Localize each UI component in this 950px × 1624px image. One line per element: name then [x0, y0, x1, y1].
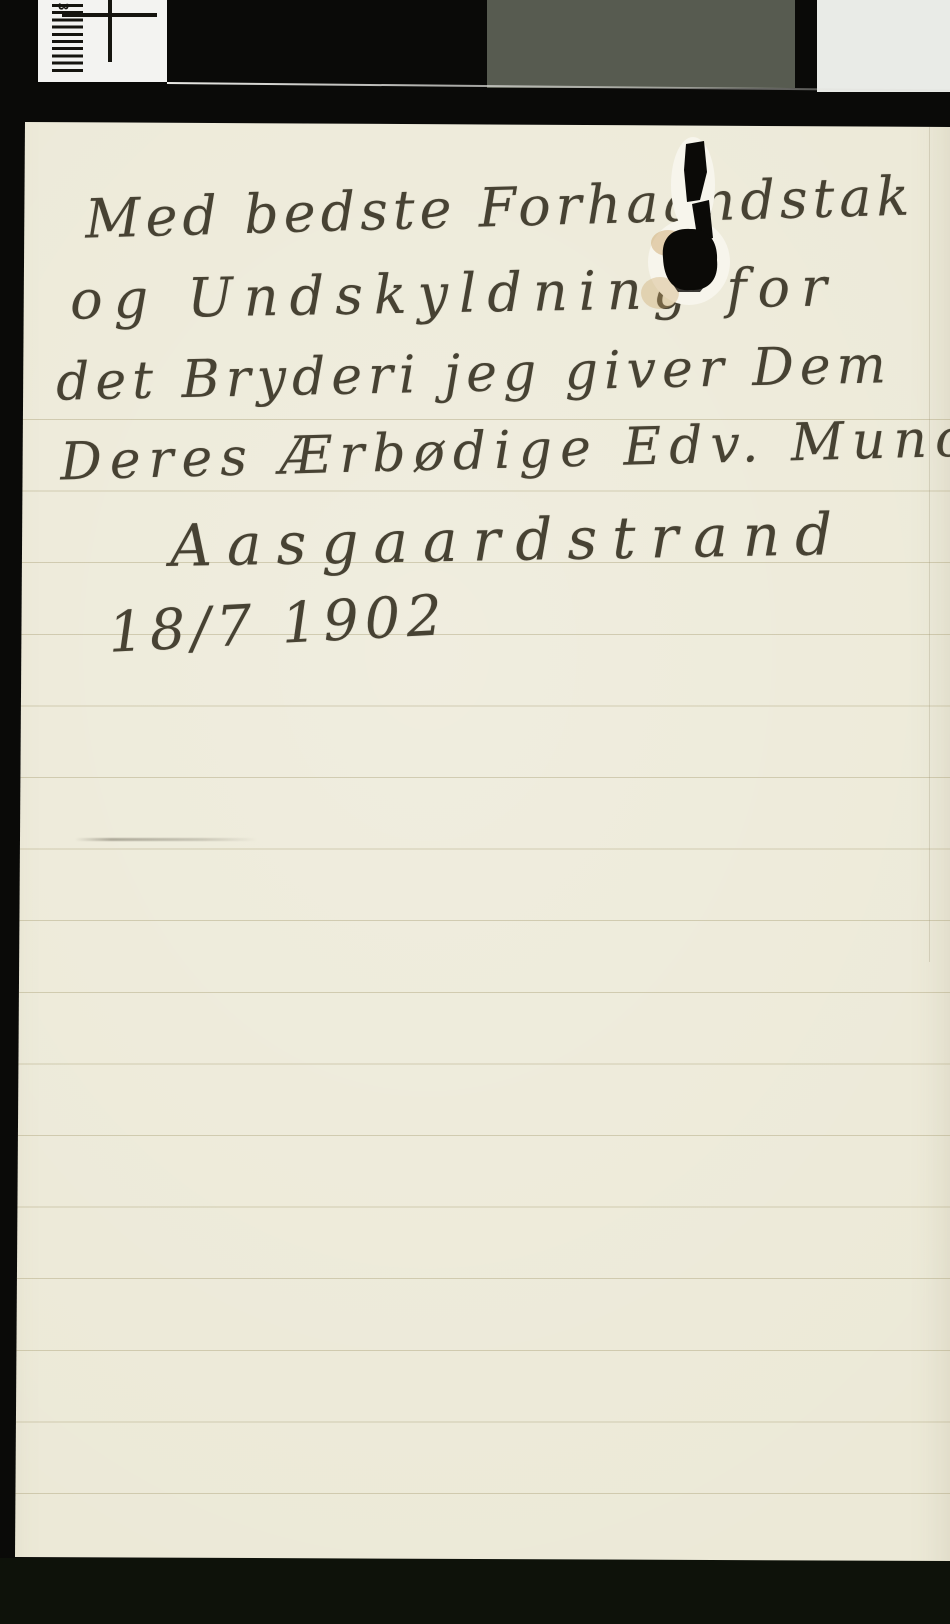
paper-hole [600, 130, 750, 330]
handwriting-line-3: det Bryderi jeg giver Dem [55, 335, 892, 412]
crosshair-icon [62, 13, 157, 17]
pencil-smudge [75, 838, 257, 841]
scanner-background [0, 1558, 950, 1624]
paper-crease [929, 127, 930, 962]
ruled-lines [15, 419, 950, 1499]
handwriting-place-line: Aasgaardstrand [169, 500, 847, 580]
paper-hole-graphic [600, 130, 750, 330]
scanned-letter-page: 3 Med bedste Forhaandstak og Undskyldnin… [0, 0, 950, 1624]
crosshair-icon [108, 0, 112, 62]
white-calibration-card [817, 0, 950, 92]
letter-paper: Med bedste Forhaandstak og Undskyldning … [0, 0, 950, 1624]
calibration-ruler: 3 [38, 0, 167, 82]
handwriting-line-1: Med bedste Forhaandstak [84, 164, 915, 250]
gray-calibration-card [487, 0, 795, 88]
ruler-scale-digit: 3 [54, 3, 69, 11]
